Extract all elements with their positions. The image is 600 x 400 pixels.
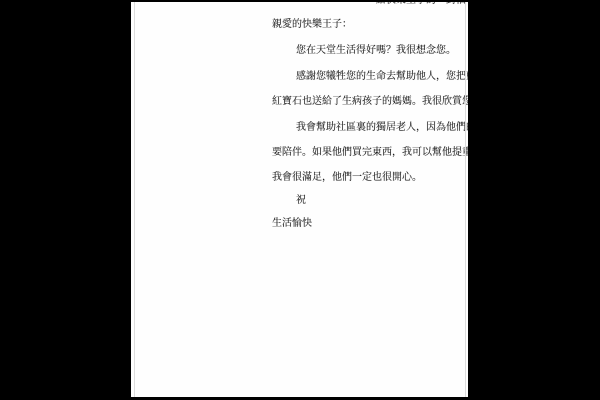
closing-wish: 生活愉快 [272, 218, 312, 230]
closing-wish-lead: 祝 [296, 195, 306, 207]
letter-page: 給快樂王子的一封信 五上 普通話親愛的快樂王子：您在天堂生活得好嗎？我很想念您。… [131, 2, 468, 397]
letter-title-cropped: 給快樂王子的一封信 五上 普通話 [376, 2, 468, 7]
paragraph-2-line-2: 紅寶石也送給了生病孩子的媽媽。我很欣賞您樂於助人，我想向您學習。 [272, 96, 468, 108]
paragraph-1-line-1: 您在天堂生活得好嗎？我很想念您。 [296, 45, 456, 57]
paragraph-3-line-1: 我會幫助社區裏的獨居老人，因為他們的兒女不在香港，他們一定很需 [296, 122, 468, 134]
paragraph-2-line-1: 感謝您犧牲您的生命去幫助他人，您把藍寶石眼睛給了窮人，您劍上的 [296, 71, 468, 83]
salutation-line: 親愛的快樂王子： [272, 19, 352, 31]
letterbox-background: 給快樂王子的一封信 五上 普通話親愛的快樂王子：您在天堂生活得好嗎？我很想念您。… [0, 0, 600, 400]
paragraph-3-line-2: 要陪伴。如果他們買完東西，我可以幫他提重物，也可以跟他們聊天，這樣 [272, 147, 468, 159]
paragraph-3-line-3: 我會很滿足，他們一定也很開心。 [272, 172, 422, 184]
